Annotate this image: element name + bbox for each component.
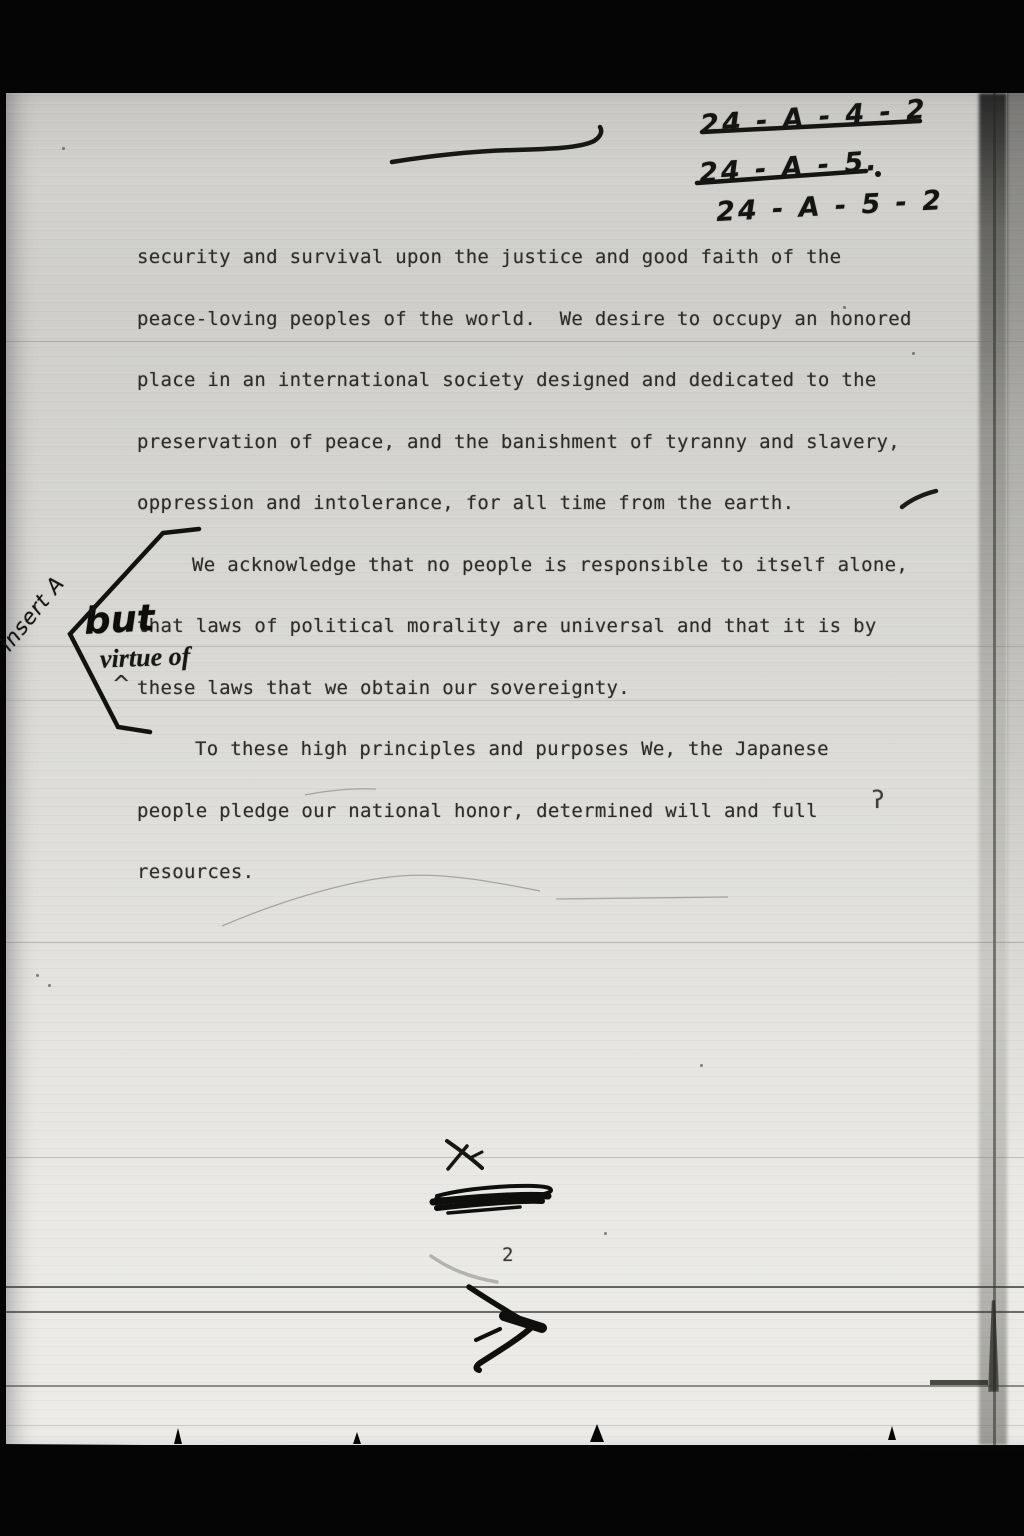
typed-line: We acknowledge that no people is respons…: [192, 554, 908, 580]
page-number: 2: [502, 1244, 514, 1270]
scan-streak: [6, 1157, 1024, 1158]
ink-smudge: [930, 1380, 988, 1385]
handwritten-word-but: but: [83, 596, 156, 643]
typed-line: peace-loving peoples of the world. We de…: [137, 308, 912, 334]
scan-border-top: [0, 0, 1024, 93]
query-mark: ʔ: [872, 786, 884, 814]
typed-line: security and survival upon the justice a…: [137, 246, 841, 272]
typed-line: To these high principles and purposes We…: [195, 738, 829, 764]
typed-line: resources.: [137, 861, 254, 887]
paper-speck: [48, 984, 51, 987]
scan-streak: [6, 942, 1024, 943]
scan-streak: [6, 1425, 1024, 1426]
scan-streak-dark: [6, 1385, 1024, 1387]
scan-streak-dark: [6, 1311, 1024, 1313]
paper-speck: [912, 352, 915, 355]
typed-line: oppression and intolerance, for all time…: [137, 492, 794, 518]
page-crease-line: [993, 93, 996, 1445]
insertion-caret: ^: [112, 672, 130, 697]
paper-page: [6, 93, 1024, 1445]
paper-speck: [62, 147, 65, 150]
scan-streak: [6, 341, 1024, 342]
paper-speck: [604, 1232, 607, 1235]
typed-line: preservation of peace, and the banishmen…: [137, 431, 900, 457]
paper-speck: [36, 974, 39, 977]
typed-line: that laws of political morality are univ…: [137, 615, 877, 641]
handwritten-phrase-virtue-of: virtue of: [100, 641, 191, 674]
scan-border-bottom: [0, 1438, 1024, 1536]
paper-speck: [700, 1064, 703, 1067]
typed-line: people pledge our national honor, determ…: [137, 800, 818, 826]
scan-streak-dark: [6, 1286, 1024, 1288]
page-edge-shadow: [1007, 93, 1024, 1445]
typed-line: these laws that we obtain our sovereignt…: [137, 677, 630, 703]
typed-line: place in an international society design…: [137, 369, 877, 395]
